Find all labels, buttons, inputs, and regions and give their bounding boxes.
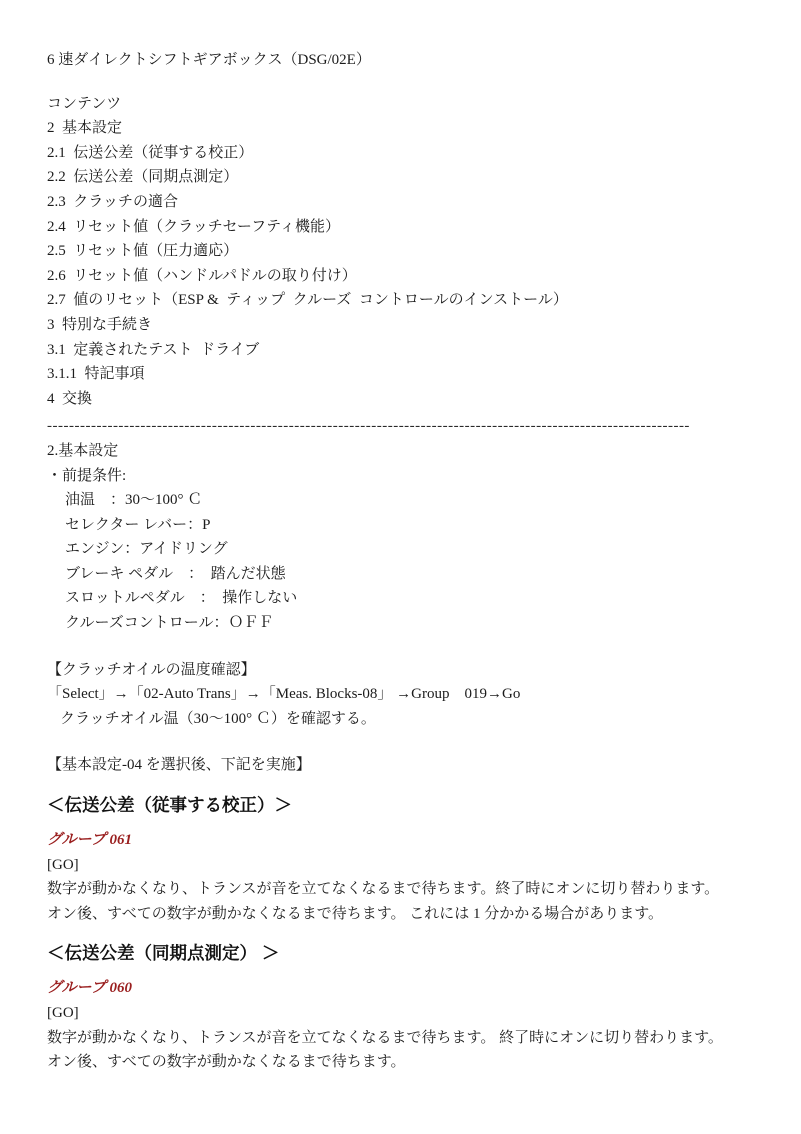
toc-item: 3.1.1 特記事項 — [47, 362, 761, 387]
section-paragraph-line: 数字が動かなくなり、トランスが音を立てなくなるまで待ちます。 終了時にオンに切り… — [47, 1026, 761, 1051]
oil-temp-check-block: 【クラッチオイルの温度確認】 「Select」→「02-Auto Trans」→… — [47, 658, 761, 732]
toc-item: 4 交換 — [47, 387, 761, 412]
section-paragraph-line: 数字が動かなくなり、トランスが音を立てなくなるまで待ちます。終了時にオンに切り替… — [47, 877, 761, 902]
basic-settings-heading: 2.基本設定 — [47, 439, 761, 464]
basic-settings-block: 2.基本設定 ・前提条件: 油温 ：30～100° Ｃ セレクター レバー：P … — [47, 439, 761, 636]
oil-temp-note: クラッチオイル温（30～100° Ｃ）を確認する。 — [47, 707, 761, 732]
section-sync-point: ＜伝送公差（同期点測定） ＞ グループ 060 [GO] 数字が動かなくなり、ト… — [47, 939, 761, 1074]
menu-path: 「Select」→「02-Auto Trans」→「Meas. Blocks-0… — [47, 682, 761, 707]
condition-line: エンジン：アイドリング — [47, 537, 761, 562]
doc-title: 6 速ダイレクトシフトギアボックス（DSG/02E） — [47, 48, 761, 73]
toc-item: 3.1 定義されたテスト ドライブ — [47, 338, 761, 363]
toc-heading: コンテンツ — [47, 92, 761, 117]
condition-line: ブレーキ ペダル ： 踏んだ状態 — [47, 562, 761, 587]
toc-item: 2.1 伝送公差（従事する校正） — [47, 141, 761, 166]
condition-line: セレクター レバー：P — [47, 513, 761, 538]
preconditions-label: ・前提条件: — [47, 464, 761, 489]
go-label: [GO] — [47, 1001, 761, 1026]
instruction-line: 【基本設定-04 を選択後、下記を実施】 — [47, 753, 761, 778]
condition-line: クルーズコントロール：ＯＦＦ — [47, 611, 761, 636]
section-paragraph-line: オン後、すべての数字が動かなくなるまで待ちます。 これには 1 分かかる場合があ… — [47, 902, 761, 927]
group-label: グループ 060 — [47, 976, 761, 1001]
document-page: 6 速ダイレクトシフトギアボックス（DSG/02E） コンテンツ 2 基本設定 … — [0, 0, 801, 1134]
toc-item: 2.7 値のリセット（ESP & ティップ クルーズ コントロールのインストール… — [47, 288, 761, 313]
section-heading: ＜伝送公差（同期点測定） ＞ — [47, 939, 761, 967]
toc-item: 3 特別な手続き — [47, 313, 761, 338]
oil-temp-check-heading: 【クラッチオイルの温度確認】 — [47, 658, 761, 683]
table-of-contents: コンテンツ 2 基本設定 2.1 伝送公差（従事する校正） 2.2 伝送公差（同… — [47, 92, 761, 412]
toc-item: 2.4 リセット値（クラッチセーフティ機能） — [47, 215, 761, 240]
condition-line: 油温 ：30～100° Ｃ — [47, 488, 761, 513]
toc-item: 2 基本設定 — [47, 116, 761, 141]
section-calibration: ＜伝送公差（従事する校正）＞ グループ 061 [GO] 数字が動かなくなり、ト… — [47, 791, 761, 926]
toc-item: 2.6 リセット値（ハンドルパドルの取り付け） — [47, 264, 761, 289]
group-label: グループ 061 — [47, 828, 761, 853]
section-heading: ＜伝送公差（従事する校正）＞ — [47, 791, 761, 819]
toc-item: 2.2 伝送公差（同期点測定） — [47, 165, 761, 190]
section-paragraph-line: オン後、すべての数字が動かなくなるまで待ちます。 — [47, 1050, 761, 1075]
toc-item: 2.3 クラッチの適合 — [47, 190, 761, 215]
go-label: [GO] — [47, 853, 761, 878]
toc-item: 2.5 リセット値（圧力適応） — [47, 239, 761, 264]
condition-line: スロットルペダル ： 操作しない — [47, 586, 761, 611]
dashed-divider: ----------------------------------------… — [47, 414, 689, 439]
